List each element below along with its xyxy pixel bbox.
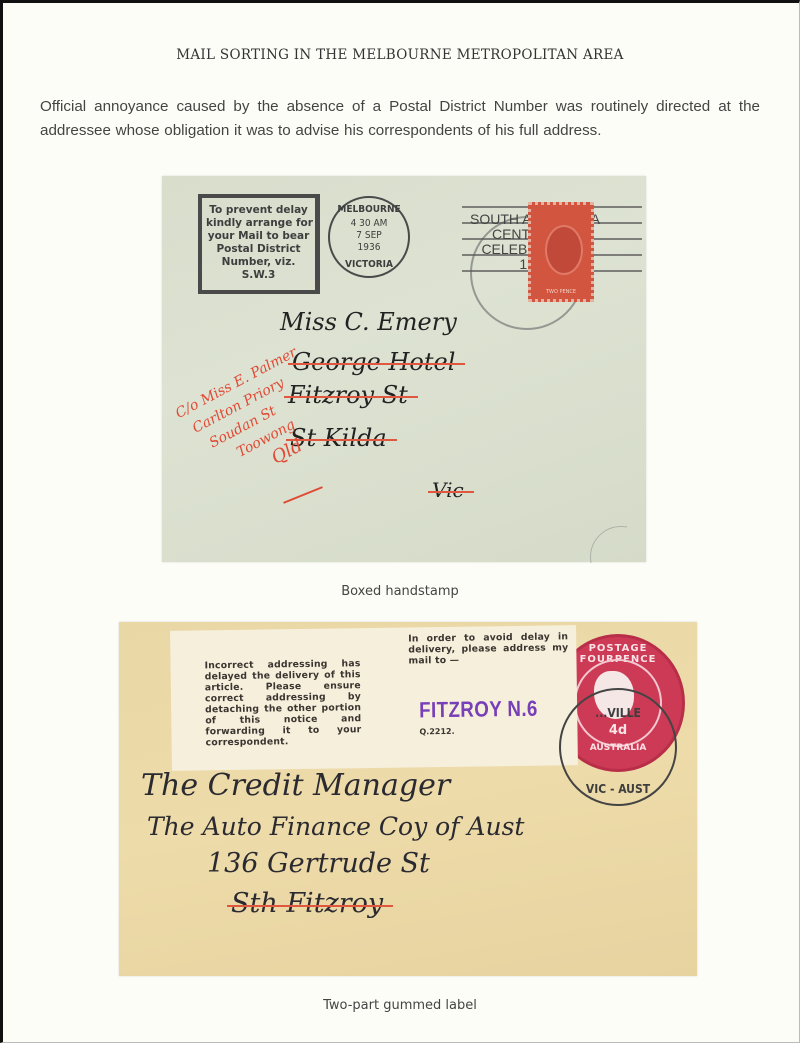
label-right-text: In order to avoid delay in delivery, ple…	[408, 631, 568, 666]
caption-gummed-label: Two-part gummed label	[0, 998, 800, 1013]
address-line: Sth Fitzroy	[231, 888, 383, 919]
postmark-town: ...VILLE	[561, 706, 675, 720]
two-part-gummed-label: Incorrect addressing has delayed the del…	[170, 625, 578, 771]
melbourne-postmark: MELBOURNE 4 30 AM 7 SEP 1936 VICTORIA	[328, 196, 410, 278]
struck-text: Vic	[432, 478, 464, 502]
vic-postmark: ...VILLE VIC - AUST	[559, 688, 677, 806]
caption-boxed-handstamp: Boxed handstamp	[0, 584, 800, 599]
postmark-time: 4 30 AM	[330, 218, 408, 230]
handstamp-line: kindly arrange for	[206, 217, 311, 230]
postmark-town: MELBOURNE	[330, 204, 408, 215]
postmark-year: 1936	[330, 242, 408, 254]
struck-text: Sth Fitzroy	[231, 888, 383, 919]
handstamp-line: your Mail to bear	[206, 230, 311, 243]
label-left-text: Incorrect addressing has delayed the del…	[204, 658, 361, 748]
struck-text: George Hotel	[292, 348, 455, 376]
cover-boxed-handstamp: To prevent delay kindly arrange for your…	[162, 176, 646, 562]
postmark-date: 4 30 AM 7 SEP 1936	[330, 218, 408, 254]
kgv-stamp: TWO PENCE	[528, 202, 594, 302]
postmark-day: 7 SEP	[330, 230, 408, 242]
address-line-name: Miss C. Emery	[280, 308, 457, 336]
boxed-handstamp: To prevent delay kindly arrange for your…	[198, 194, 320, 294]
address-line-struck: Vic	[432, 478, 464, 502]
address-line: The Credit Manager	[141, 768, 450, 803]
handstamp-line: Postal District	[206, 243, 311, 256]
handstamp-line: S.W.3	[206, 269, 311, 282]
cover-gummed-label: POSTAGE FOURPENCE 4d AUSTRALIA Incorrect…	[119, 622, 697, 976]
postmark-state: VICTORIA	[330, 259, 408, 270]
page-intro-text: Official annoyance caused by the absence…	[40, 95, 760, 143]
address-line: The Auto Finance Coy of Aust	[147, 812, 524, 841]
handstamp-line: Number, viz.	[206, 256, 311, 269]
fitzroy-handstamp: FITZROY N.6	[419, 696, 538, 724]
red-underline	[283, 486, 323, 504]
page-title: MAIL SORTING IN THE MELBOURNE METROPOLIT…	[0, 47, 800, 63]
handstamp-line: To prevent delay	[206, 204, 311, 217]
address-line: 136 Gertrude St	[207, 848, 430, 879]
postmark-state: VIC - AUST	[561, 782, 675, 796]
label-form-code: Q.2212.	[419, 727, 454, 736]
stamp-value: TWO PENCE	[531, 289, 591, 295]
address-line-struck: George Hotel	[292, 348, 455, 376]
king-head-icon	[545, 225, 583, 275]
